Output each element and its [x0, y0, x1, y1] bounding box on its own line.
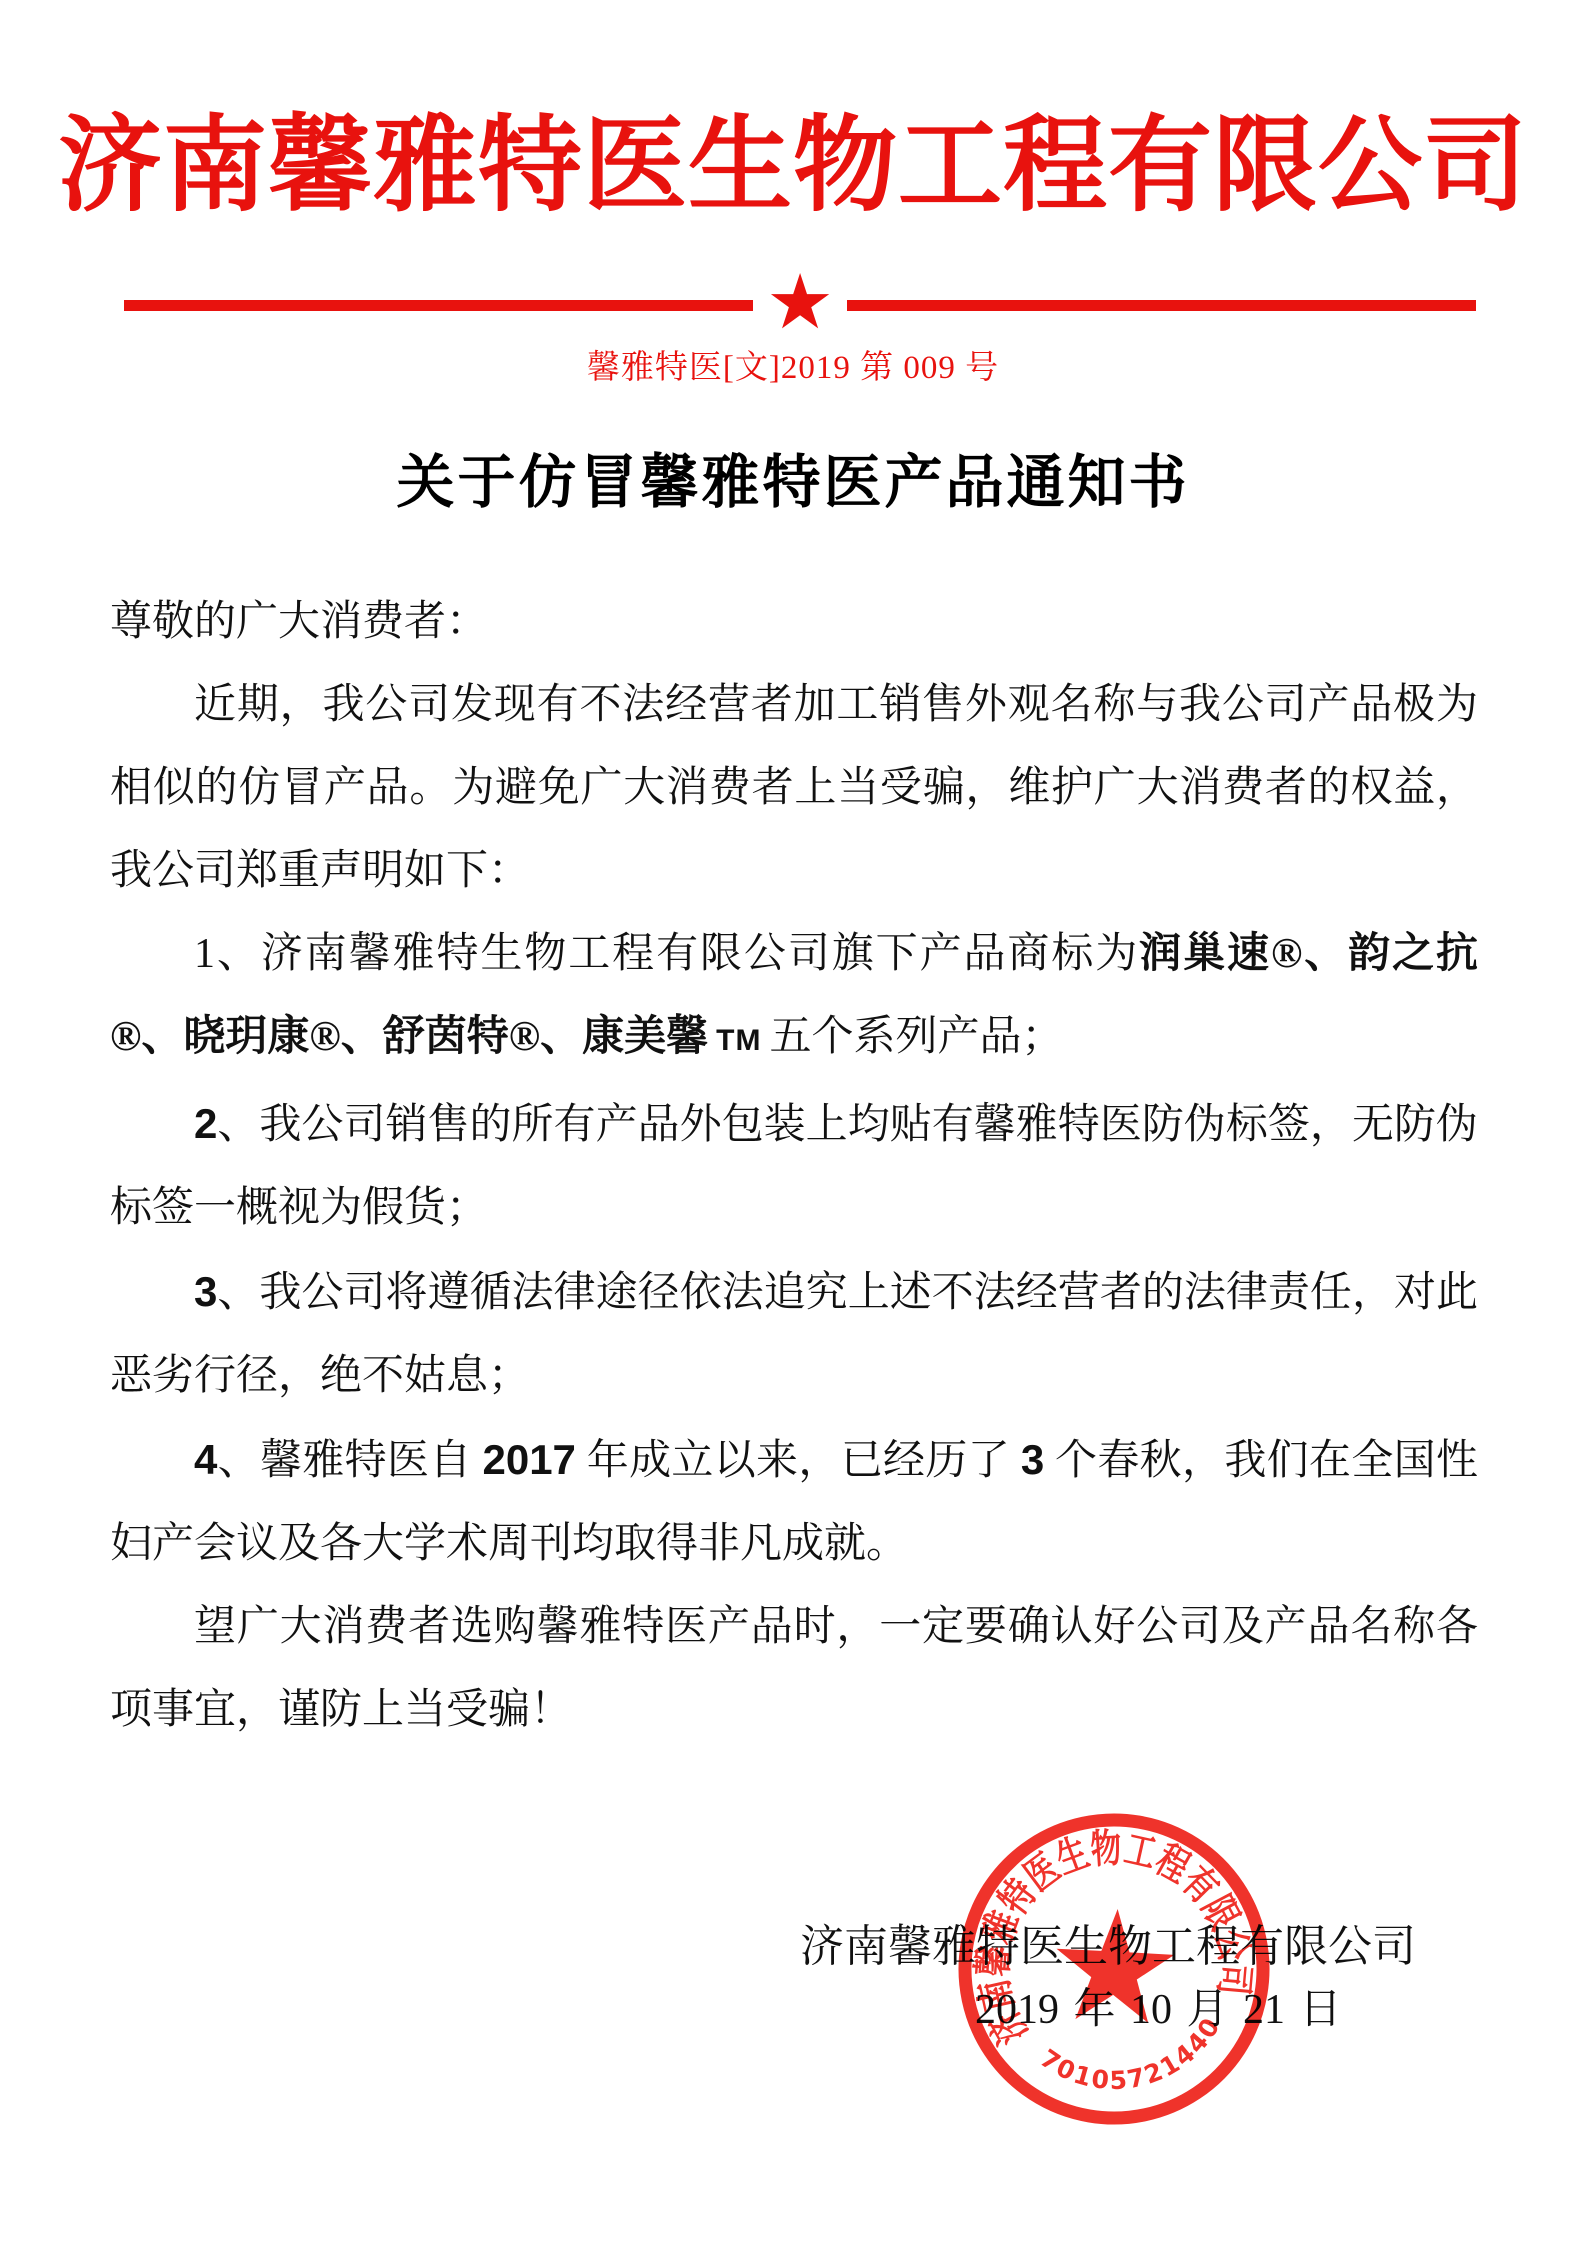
text-segment: 年成立以来，已经历了: [576, 1438, 1021, 1484]
paragraph: 3、我公司将遵循法律途径依法追究上述不法经营者的法律责任，对此恶劣行径，绝不姑息…: [110, 1250, 1478, 1418]
paragraph: 望广大消费者选购馨雅特医产品时，一定要确认好公司及产品名称各项事宜，谨防上当受骗…: [110, 1586, 1478, 1752]
text-segment: TM: [716, 1024, 761, 1057]
paragraph: 近期，我公司发现有不法经营者加工销售外观名称与我公司产品极为相似的仿冒产品。为避…: [110, 664, 1478, 913]
letterhead: 济南馨雅特医生物工程有限公司: [0, 0, 1586, 244]
signature-date: 2019 年 10 月 21 日: [975, 1986, 1342, 2034]
divider-line-right: [847, 300, 1476, 311]
star-icon: ★: [766, 264, 834, 340]
text-segment: 3: [1021, 1436, 1044, 1483]
paragraph: 4、馨雅特医自 2017 年成立以来，已经历了 3 个春秋，我们在全国性妇产会议…: [110, 1418, 1478, 1586]
divider-line-left: [124, 300, 753, 311]
text-segment: 、我公司将遵循法律途径依法追究上述不法经营者的法律责任，对此恶劣行径，绝不姑息；: [110, 1270, 1478, 1399]
text-segment: 、馨雅特医自: [217, 1438, 482, 1484]
document-body: 尊敬的广大消费者： 近期，我公司发现有不法经营者加工销售外观名称与我公司产品极为…: [110, 581, 1478, 1752]
text-segment: 1、济南馨雅特生物工程有限公司旗下产品商标为: [194, 931, 1139, 977]
document-page: 济南馨雅特医生物工程有限公司 ★ 馨雅特医[文]2019 第 009 号 关于仿…: [0, 0, 1586, 2245]
letterhead-divider: ★: [124, 270, 1476, 340]
text-segment: 五个系列产品；: [769, 1014, 1063, 1060]
document-number: 馨雅特医[文]2019 第 009 号: [0, 340, 1586, 396]
notice-title: 关于仿冒馨雅特医产品通知书: [0, 445, 1586, 521]
salutation: 尊敬的广大消费者：: [110, 581, 1478, 664]
text-segment: 2: [194, 1100, 217, 1147]
body-paragraphs: 近期，我公司发现有不法经营者加工销售外观名称与我公司产品极为相似的仿冒产品。为避…: [110, 664, 1478, 1752]
text-segment: 望广大消费者选购馨雅特医产品时，一定要确认好公司及产品名称各项事宜，谨防上当受骗…: [110, 1604, 1478, 1733]
text-segment: 4: [194, 1436, 217, 1483]
paragraph: 2、我公司销售的所有产品外包装上均贴有馨雅特医防伪标签，无防伪标签一概视为假货；: [110, 1082, 1478, 1250]
text-segment: 3: [194, 1268, 217, 1315]
paragraph: 1、济南馨雅特生物工程有限公司旗下产品商标为润巢速®、韵之抗®、晓玥康®、舒茵特…: [110, 913, 1478, 1082]
text-segment: 2017: [482, 1436, 575, 1483]
signature-company: 济南馨雅特医生物工程有限公司: [800, 1922, 1416, 1972]
company-name-heading: 济南馨雅特医生物工程有限公司: [0, 88, 1586, 244]
text-segment: 近期，我公司发现有不法经营者加工销售外观名称与我公司产品极为相似的仿冒产品。为避…: [110, 682, 1478, 894]
text-segment: 、我公司销售的所有产品外包装上均贴有馨雅特医防伪标签，无防伪标签一概视为假货；: [110, 1102, 1478, 1231]
